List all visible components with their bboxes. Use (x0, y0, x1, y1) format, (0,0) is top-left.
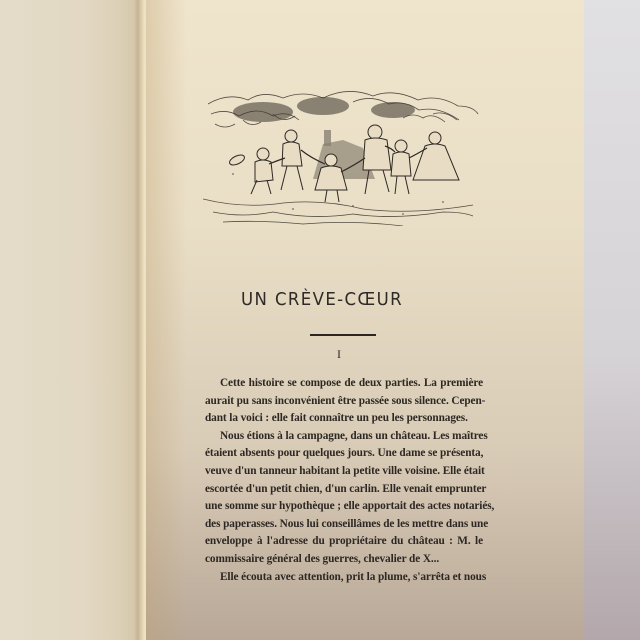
text-line: Cette histoire se compose de deux partie… (205, 375, 483, 393)
text-line: des paperasses. Nous lui conseillâmes de… (205, 516, 483, 534)
text-line: étaient absents pour quelques jours. Une… (205, 445, 483, 463)
text-line: veuve d'un tanneur habitant la petite vi… (205, 463, 483, 481)
text-line: une somme sur hypothèque ; elle apportai… (205, 498, 483, 516)
chapter-title: UN CRÈVE-CŒUR (28, 289, 617, 310)
text-line: dant la voici : elle fait connaître un p… (205, 410, 483, 428)
section-number: I (337, 347, 341, 362)
text-line: escortée d'un petit chien, d'un carlin. … (205, 481, 483, 499)
title-divider-rule (310, 334, 376, 336)
text-line: Elle écouta avec attention, prit la plum… (205, 569, 483, 587)
text-line: Nous étions à la campagne, dans un châte… (205, 428, 483, 446)
left-page (0, 0, 140, 640)
text-line: aurait pu sans inconvénient être passée … (205, 393, 483, 411)
body-text: Cette histoire se compose de deux partie… (205, 375, 483, 586)
engraving-illustration-icon (203, 84, 481, 226)
text-line: enveloppe à l'adresse du propriétaire du… (205, 533, 483, 551)
text-line: commissaire général des guerres, chevali… (205, 551, 483, 569)
